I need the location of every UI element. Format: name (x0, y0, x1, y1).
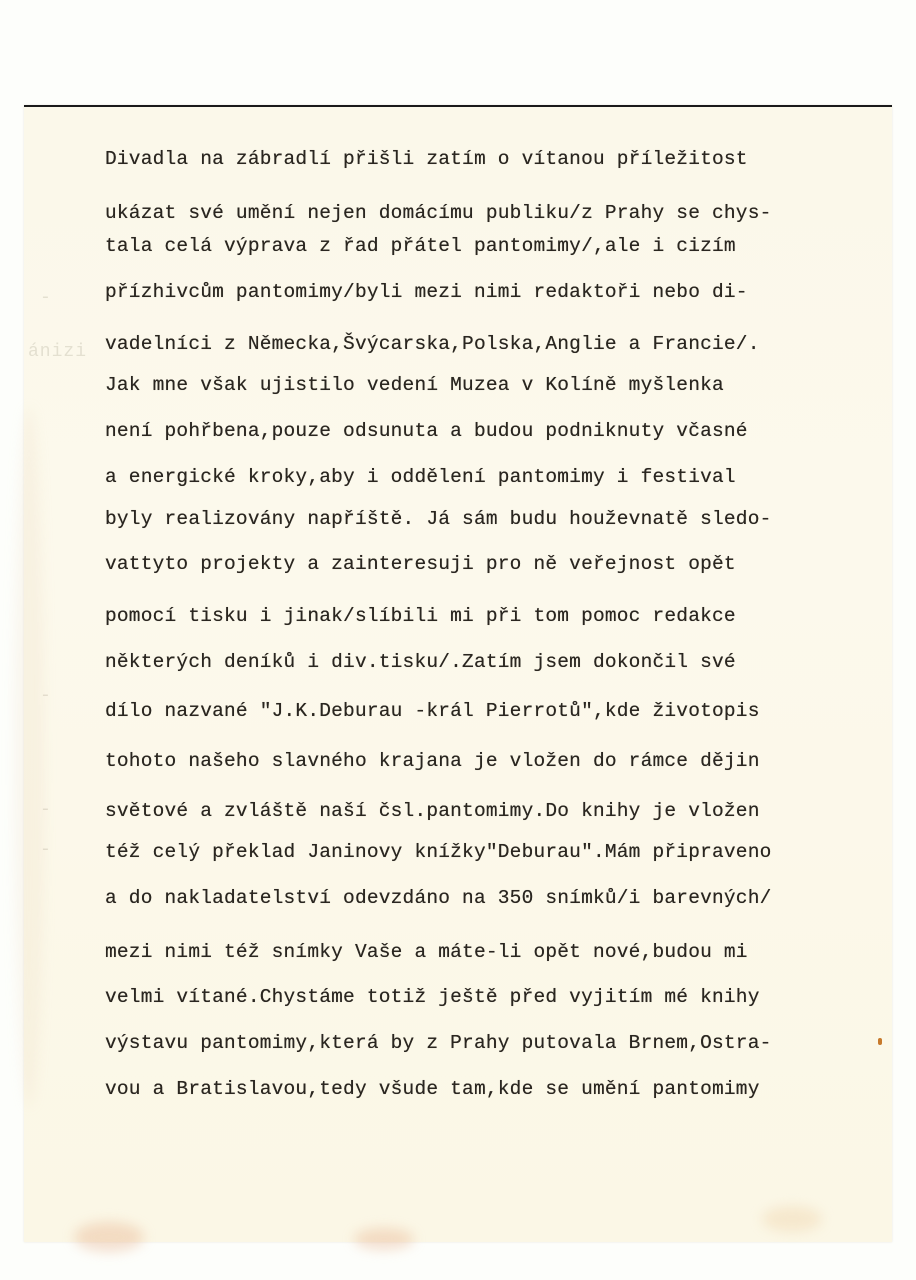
text-line: vou a Bratislavou,tedy všude tam,kde se … (105, 1078, 865, 1124)
text-line: světové a zvláště naší čsl.pantomimy.Do … (105, 800, 865, 846)
show-through-mark: - (40, 686, 52, 706)
text-line: mezi nimi též snímky Vaše a máte-li opět… (105, 941, 865, 987)
show-through-mark: - (40, 840, 52, 860)
text-line: Divadla na zábradlí přišli zatím o vítan… (105, 148, 865, 194)
text-line: přízhivcům pantomimy/byli mezi nimi reda… (105, 281, 865, 327)
text-line: velmi vítané.Chystáme totiž ještě před v… (105, 986, 865, 1032)
text-line: a do nakladatelství odevzdáno na 350 sní… (105, 887, 865, 933)
paper-stain (74, 1222, 144, 1252)
text-line: tohoto našeho slavného krajana je vložen… (105, 750, 865, 796)
paper-stain (14, 407, 44, 1107)
text-line: výstavu pantomimy,která by z Prahy putov… (105, 1032, 865, 1078)
text-line: Jak mne však ujistilo vedení Muzea v Kol… (105, 374, 865, 420)
text-line: pomocí tisku i jinak/slíbili mi při tom … (105, 605, 865, 651)
paper-stain (354, 1228, 414, 1250)
ink-speck (878, 1038, 882, 1045)
show-through-mark: ánizi (28, 342, 87, 362)
text-line: vattyto projekty a zainteresuji pro ně v… (105, 553, 865, 599)
show-through-mark: - (40, 800, 52, 820)
text-line: též celý překlad Janinovy knížky"Deburau… (105, 841, 865, 887)
paper-stain (762, 1206, 822, 1232)
letter-body: Divadla na zábradlí přišli zatím o vítan… (105, 148, 865, 1123)
text-line: některých deníků i div.tisku/.Zatím jsem… (105, 651, 865, 697)
text-line: tala celá výprava z řad přátel pantomimy… (105, 235, 865, 281)
text-line: dílo nazvané "J.K.Deburau -král Pierrotů… (105, 700, 865, 746)
text-line: není pohřbena,pouze odsunuta a budou pod… (105, 420, 865, 466)
text-line: a energické kroky,aby i oddělení pantomi… (105, 466, 865, 512)
text-line: vadelníci z Německa,Švýcarska,Polska,Ang… (105, 333, 865, 379)
show-through-mark: - (40, 288, 52, 308)
text-line: byly realizovány napříště. Já sám budu h… (105, 508, 865, 554)
